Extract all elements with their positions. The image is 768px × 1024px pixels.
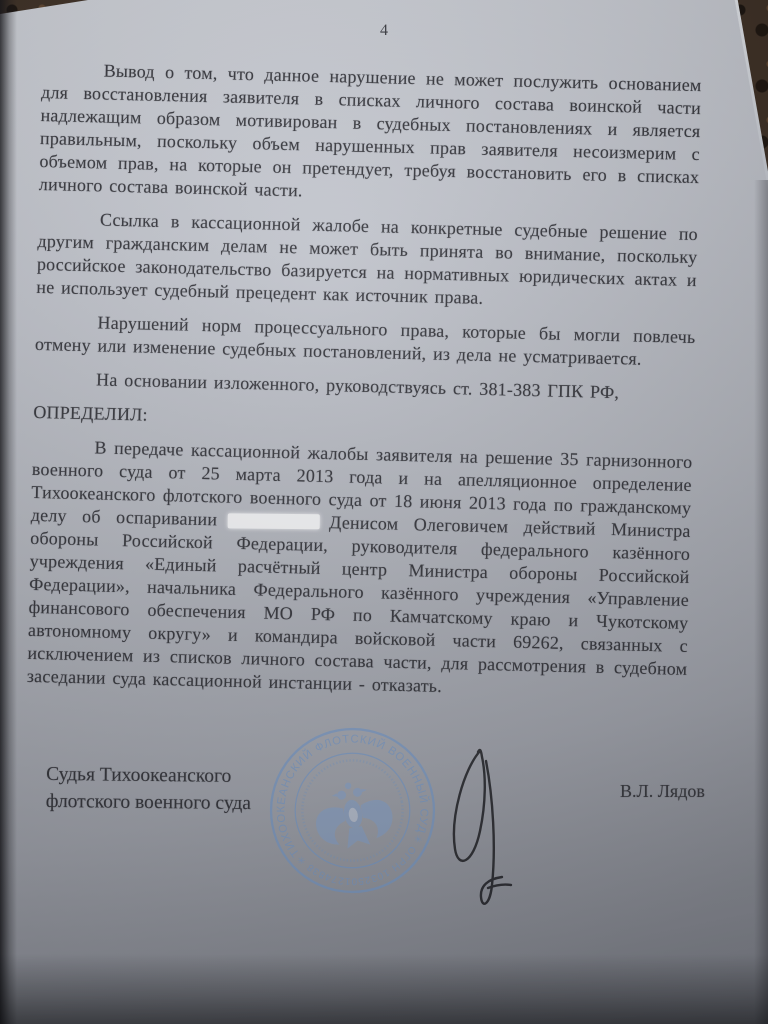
document-photo: 4 Вывод о том, что данное нарушение не м… bbox=[0, 0, 768, 1024]
redaction-box bbox=[228, 513, 320, 529]
double-eagle-icon bbox=[310, 776, 397, 853]
ruling-text-after: Денисом Олеговичем действий Министра обо… bbox=[27, 512, 691, 696]
judge-role-line1: Судья Тихоокеанского bbox=[46, 761, 251, 790]
paper-sheet: 4 Вывод о том, что данное нарушение не м… bbox=[0, 0, 768, 1024]
paragraph-legal-basis: На основании изложенного, руководствуясь… bbox=[34, 367, 694, 406]
paragraph-cassation-reference: Ссылка в кассационной жалобе на конкретн… bbox=[36, 207, 698, 315]
ruling-heading: ОПРЕДЕЛИЛ: bbox=[33, 401, 693, 440]
court-stamp: ТИХООКЕАНСКИЙ ФЛОТСКИЙ ВОЕННЫЙ СУД ✳ ОГР… bbox=[249, 707, 456, 914]
document-body: Вывод о том, что данное нарушение не мож… bbox=[26, 58, 701, 715]
judge-role-line2: флотского военного суда bbox=[46, 788, 251, 817]
photo-left-edge-shadow bbox=[0, 0, 17, 1024]
judge-role-label: Судья Тихоокеанского флотского военного … bbox=[46, 761, 252, 817]
photo-right-edge-shadow bbox=[754, 180, 768, 1024]
handwritten-signature bbox=[436, 735, 540, 927]
page-number: 4 bbox=[0, 22, 768, 40]
judge-name: В.Л. Лядов bbox=[620, 781, 705, 802]
photo-bottom-shadow bbox=[0, 954, 768, 1024]
ruling-paragraph: В передаче кассационной жалобы заявителя… bbox=[27, 435, 693, 704]
paragraph-procedural: Нарушений норм процессуального права, ко… bbox=[35, 310, 696, 372]
paragraph-conclusion: Вывод о том, что данное нарушение не мож… bbox=[39, 58, 702, 212]
